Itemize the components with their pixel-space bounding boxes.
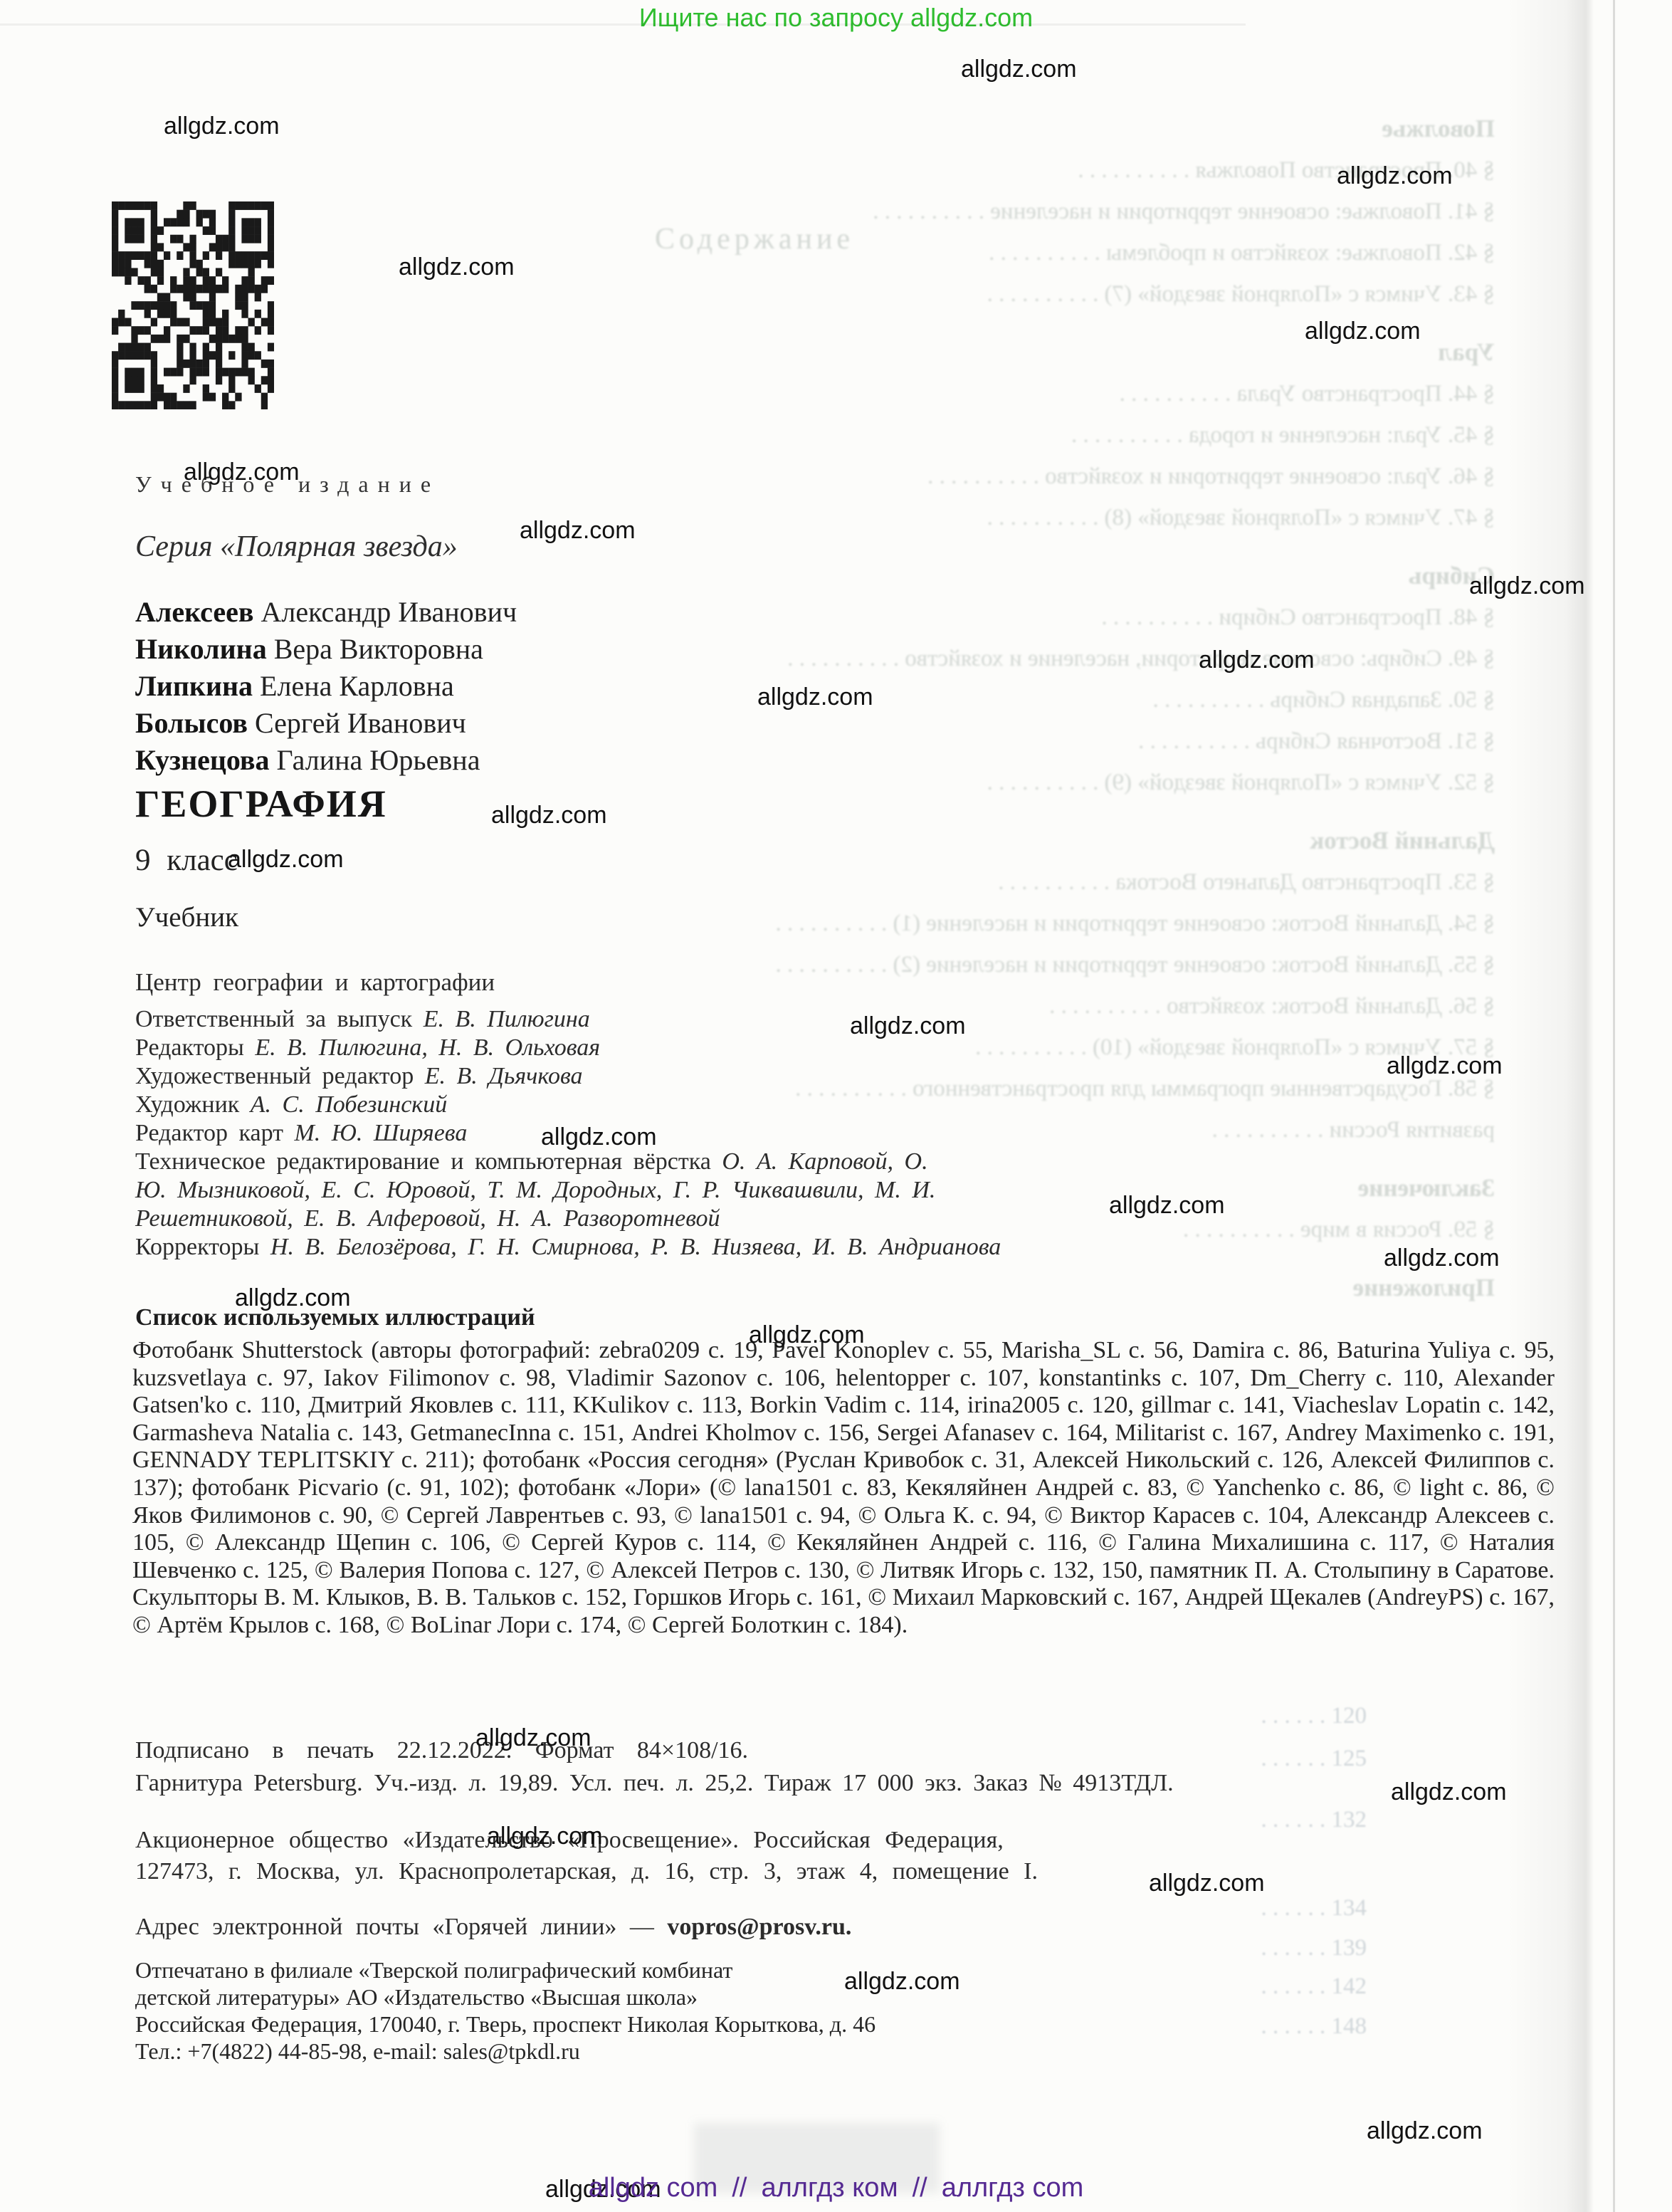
author-line: Алексеев Александр Иванович (135, 594, 517, 631)
page-edge-shadow (1507, 0, 1614, 2212)
credit-line: Художник А. С. Побезинский (135, 1091, 1182, 1119)
watermark-text: allgdz.com (235, 1284, 351, 1312)
subtitle-label: Учебник (135, 901, 238, 933)
watermark-text: allgdz.com (520, 517, 636, 545)
site-promo-footer: allgdz com//аллгдз ком//аллгдз com (0, 2173, 1672, 2203)
watermark-text: allgdz.com (228, 846, 344, 874)
bleed-toc-line: § 53. Пространство Дальнего Востока . . … (242, 861, 1495, 903)
qr-code (112, 201, 274, 409)
author-line: Липкина Елена Карловна (135, 668, 517, 705)
credit-line: Корректоры Н. В. Белозёрова, Г. Н. Смирн… (135, 1233, 1182, 1262)
bleed-toc-line: Дальний Восток (242, 820, 1495, 861)
watermark-text: allgdz.com (1149, 1870, 1265, 1897)
watermark-text: allgdz.com (164, 112, 280, 140)
bleed-page-number: . . . . . . 134 (1068, 1895, 1367, 1922)
footer-promo-link[interactable]: аллгдз ком (761, 2173, 898, 2203)
footer-promo-link[interactable]: allgdz com (589, 2173, 718, 2203)
book-title: ГЕОГРАФИЯ (135, 782, 387, 826)
watermark-text: allgdz.com (749, 1321, 865, 1349)
watermark-text: allgdz.com (850, 1012, 966, 1040)
watermark-text: allgdz.com (541, 1123, 657, 1151)
bleed-toc-line: § 40. Пространство Поволжья . . . . . . … (242, 150, 1495, 191)
watermark-text: allgdz.com (487, 1823, 603, 1850)
printer-line: Российская Федерация, 170040, г. Тверь, … (135, 2011, 876, 2038)
author-line: Болысов Сергей Иванович (135, 705, 517, 742)
hotline-line: Адрес электронной почты «Горячей линии» … (135, 1914, 851, 1941)
bleed-page-number: . . . . . . 139 (1068, 1935, 1367, 1961)
scan-top-edge (0, 23, 1246, 26)
watermark-text: allgdz.com (1199, 646, 1315, 674)
credit-line: Редактор карт М. Ю. Ширяева (135, 1119, 1182, 1148)
printer-line: Тел.: +7(4822) 44-85-98, e-mail: sales@t… (135, 2038, 876, 2065)
footer-promo-link[interactable]: аллгдз com (942, 2173, 1084, 2203)
hotline-label: Адрес электронной почты «Горячей линии» … (135, 1914, 667, 1940)
author-line: Николина Вера Викторовна (135, 631, 517, 668)
publisher-line2: 127473, г. Москва, ул. Краснопролетарска… (135, 1858, 1038, 1885)
bleed-page-number: . . . . . . 125 (1068, 1746, 1367, 1772)
bleed-toc-line: § 54. Дальний Восток: освоение территори… (242, 903, 1495, 944)
watermark-text: allgdz.com (757, 683, 873, 711)
print-info-line2: Гарнитура Petersburg. Уч.-изд. л. 19,89.… (135, 1770, 1174, 1797)
watermark-text: allgdz.com (1391, 1778, 1507, 1806)
watermark-text: allgdz.com (1109, 1192, 1225, 1220)
watermark-text: allgdz.com (844, 1968, 960, 1996)
illustrations-text: Фотобанк Shutterstock (авторы фотографий… (132, 1337, 1555, 1640)
bleed-toc-line: § 41. Поволжье: освоение территории и на… (242, 191, 1495, 232)
bleed-toc-line: § 44. Пространство Урала . . . . . . . .… (242, 373, 1495, 414)
bleed-toc-line: Приложение (242, 1267, 1495, 1309)
watermark-text: allgdz.com (1384, 1244, 1500, 1272)
credits-block: Ответственный за выпуск Е. В. ПилюгинаРе… (135, 1005, 1182, 1262)
credit-line: Редакторы Е. В. Пилюгина, Н. В. Ольховая (135, 1034, 1182, 1062)
watermark-text: allgdz.com (491, 802, 607, 829)
series-label: Серия «Полярная звезда» (135, 530, 458, 564)
printer-info: Отпечатано в филиале «Тверской полиграфи… (135, 1956, 876, 2065)
watermark-text: allgdz.com (475, 1724, 591, 1752)
site-promo-header[interactable]: Ищите нас по запросу allgdz.com (0, 3, 1672, 33)
credit-line: Ответственный за выпуск Е. В. Пилюгина (135, 1005, 1182, 1034)
watermark-text: allgdz.com (1337, 162, 1453, 190)
footer-separator: // (732, 2173, 747, 2203)
credit-line: Техническое редактирование и компьютерна… (135, 1148, 940, 1233)
watermark-text: allgdz.com (1305, 318, 1421, 345)
printer-line: Отпечатано в филиале «Тверской полиграфи… (135, 1956, 876, 1983)
bleed-page-number: . . . . . . 148 (1068, 2013, 1367, 2040)
printer-line: детской литературы» АО «Издательство «Вы… (135, 1983, 876, 2011)
author-line: Кузнецова Галина Юрьевна (135, 742, 517, 779)
watermark-text: allgdz.com (1387, 1052, 1503, 1080)
watermark-text: allgdz.com (399, 253, 515, 281)
scanned-colophon-page: Ищите нас по запросу allgdz.com Содержан… (0, 0, 1672, 2212)
bleed-page-number: . . . . . . 120 (1068, 1703, 1367, 1729)
page-edge-line (1613, 0, 1615, 2212)
watermark-text: allgdz.com (1367, 2117, 1483, 2145)
grade-label: 9 класс (135, 843, 238, 878)
bleed-toc-line: Поволжье (242, 108, 1495, 150)
bleed-toc-line: § 45. Урал: население и города . . . . .… (242, 414, 1495, 456)
bleed-page-number: . . . . . . 132 (1068, 1807, 1367, 1833)
department-label: Центр географии и картографии (135, 968, 495, 997)
watermark-text: allgdz.com (961, 56, 1077, 83)
footer-separator: // (913, 2173, 927, 2203)
print-info-line1: Подписано в печать 22.12.2022. Формат 84… (135, 1737, 748, 1764)
hotline-email: vopros@prosv.ru. (667, 1914, 851, 1940)
authors-block: Алексеев Александр ИвановичНиколина Вера… (135, 594, 517, 779)
bleed-page-number: . . . . . . 142 (1068, 1973, 1367, 2000)
watermark-text: allgdz.com (184, 458, 300, 486)
credit-line: Художественный редактор Е. В. Дьячкова (135, 1062, 1182, 1091)
